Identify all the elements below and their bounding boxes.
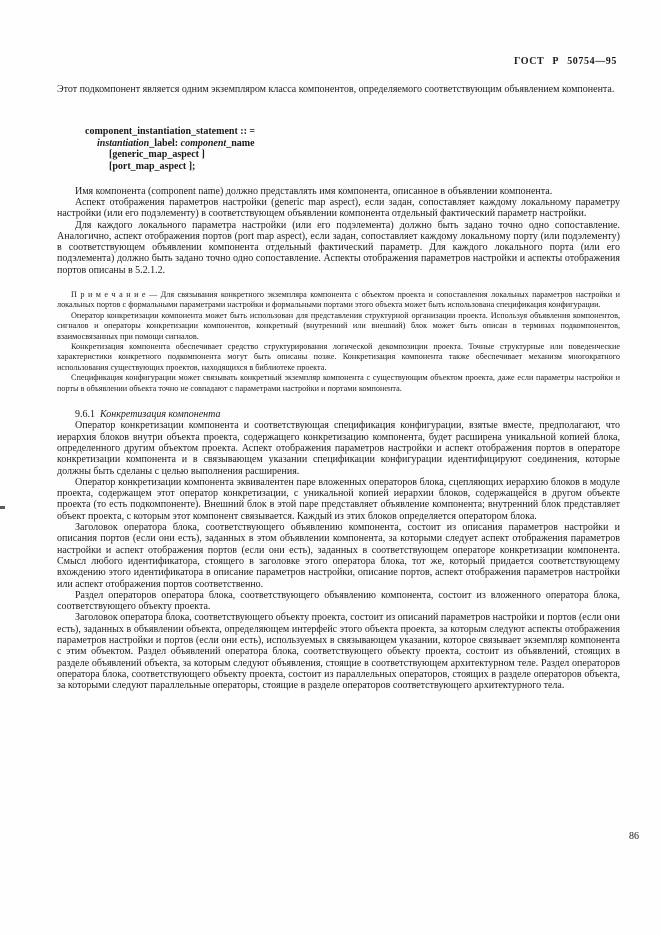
section-number: 9.6.1: [75, 409, 95, 420]
gost-standard-number: ГОСТ Р 50754—95: [514, 56, 617, 67]
syntax-italic-token: component: [181, 138, 227, 149]
syntax-token: _name: [226, 138, 254, 149]
syntax-line: instantiation_label: component_name: [85, 138, 620, 150]
syntax-token: _label:: [149, 138, 180, 149]
page-content: Этот подкомпонент является одним экземпл…: [57, 84, 620, 692]
intro-paragraph: Этот подкомпонент является одним экземпл…: [57, 84, 620, 95]
section-paragraph: Раздел операторов оператора блока, соотв…: [57, 590, 620, 613]
scan-artifact: [0, 506, 5, 509]
syntax-line: [port_map_aspect ];: [85, 161, 620, 173]
syntax-definition-block: component_instantiation_statement :: = i…: [85, 126, 620, 172]
note-paragraph: Оператор конкретизации компонента может …: [57, 311, 620, 342]
syntax-line: [generic_map_aspect ]: [85, 149, 620, 161]
section-paragraph: Оператор конкретизации компонента и соот…: [57, 420, 620, 476]
section-heading: 9.6.1 Конкретизация компонента: [57, 409, 620, 420]
note-label: П р и м е ч а н и е: [71, 290, 146, 299]
page-number: 86: [629, 831, 639, 842]
document-page: ГОСТ Р 50754—95 Этот подкомпонент являет…: [0, 0, 661, 935]
syntax-line: component_instantiation_statement :: =: [85, 126, 620, 138]
note-block: П р и м е ч а н и е — Для связывания кон…: [57, 290, 620, 394]
section-paragraph: Заголовок оператора блока, соответствующ…: [57, 522, 620, 590]
body-paragraph: Имя компонента (component name) должно п…: [57, 186, 620, 197]
syntax-italic-token: instantiation: [97, 138, 149, 149]
note-paragraph: Спецификация конфигурации может связыват…: [57, 373, 620, 394]
note-paragraph: П р и м е ч а н и е — Для связывания кон…: [57, 290, 620, 311]
body-paragraph: Аспект отображения параметров настройки …: [57, 197, 620, 220]
section-paragraph: Оператор конкретизации компонента эквива…: [57, 477, 620, 522]
section-paragraph: Заголовок оператора блока, соответствующ…: [57, 612, 620, 691]
note-paragraph: Конкретизация компонента обеспечивает ср…: [57, 342, 620, 373]
body-paragraph: Для каждого локального параметра настрой…: [57, 220, 620, 276]
section-title: Конкретизация компонента: [100, 409, 220, 420]
